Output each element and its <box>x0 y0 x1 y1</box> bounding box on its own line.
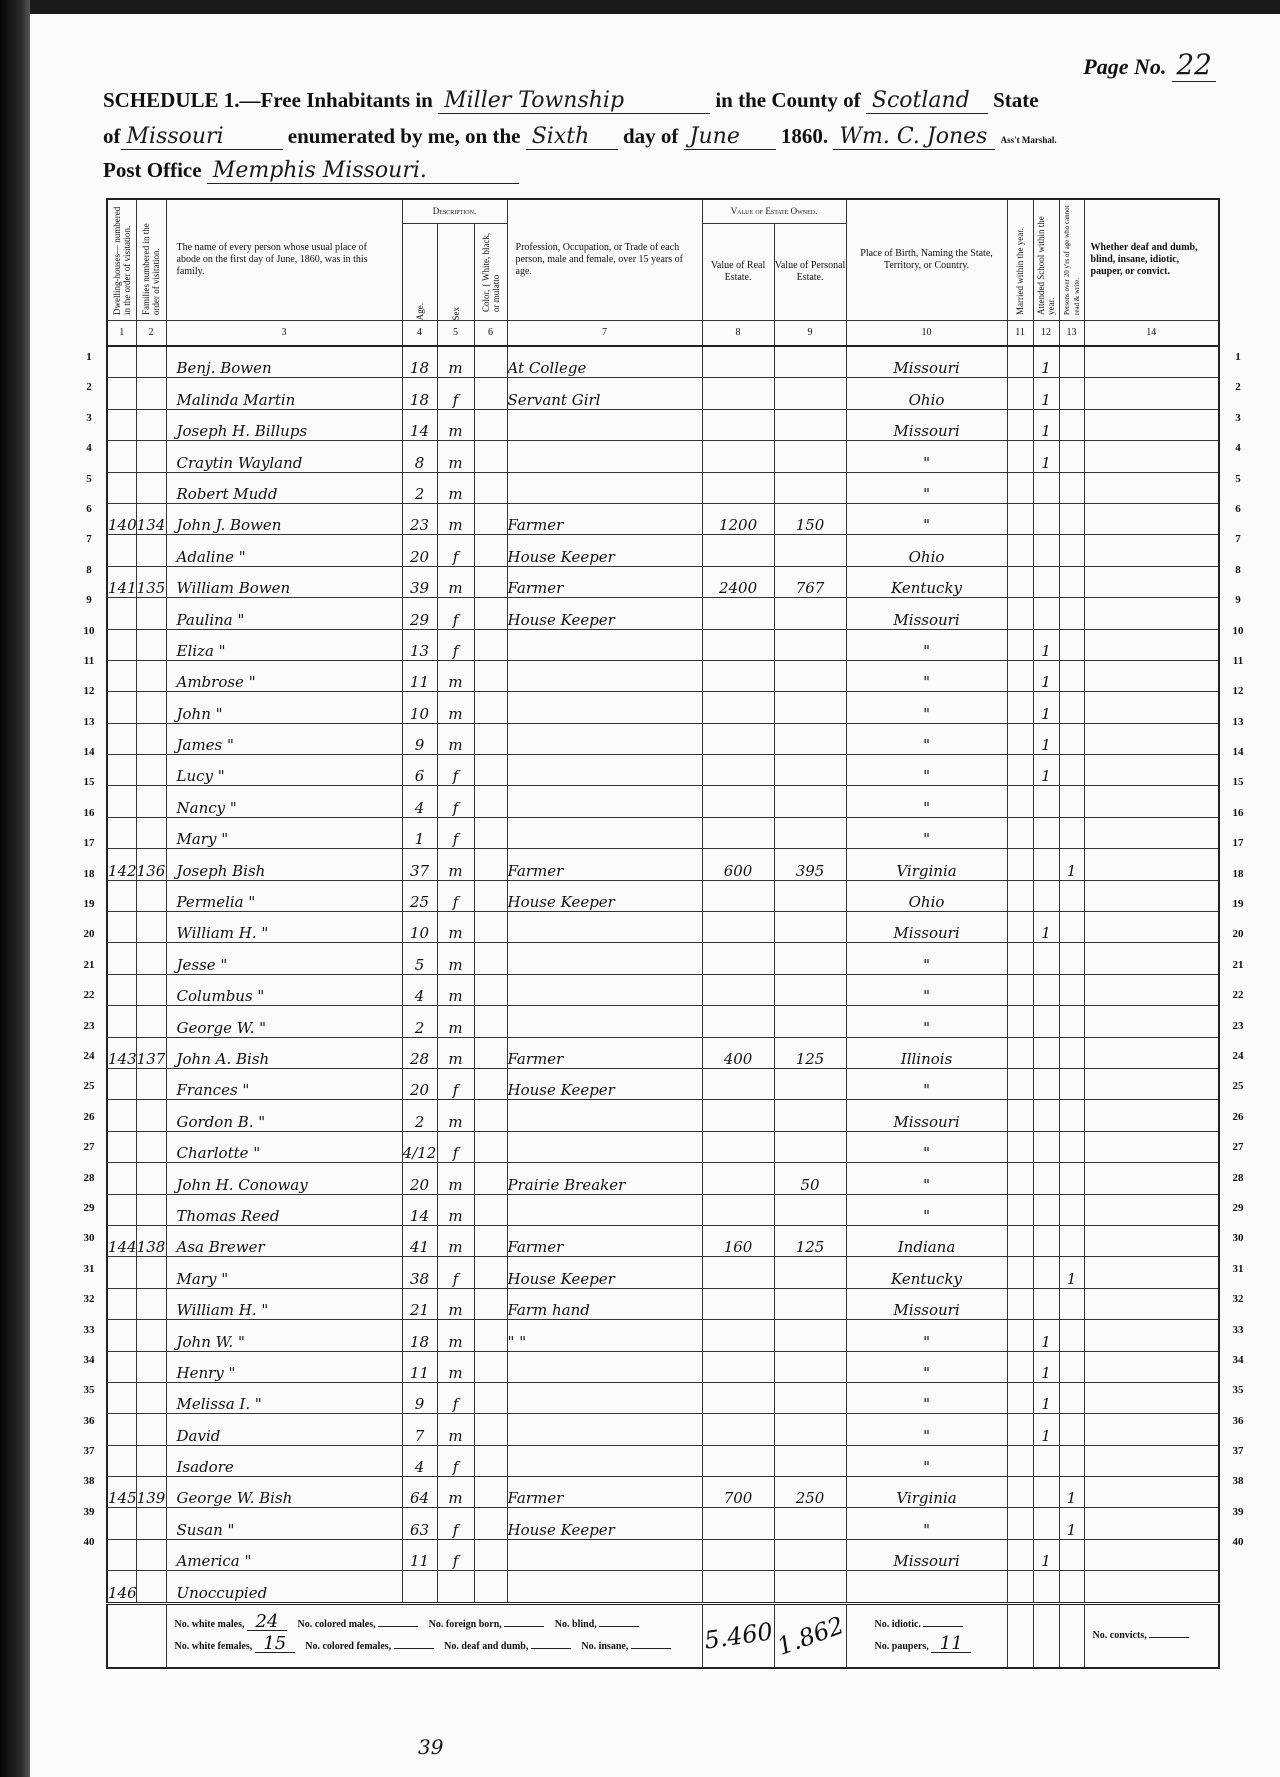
family-number-cell <box>136 1006 166 1037</box>
illiterate-mark-cell <box>1059 535 1084 566</box>
school-mark-cell: 1 <box>1033 660 1059 691</box>
personal-estate-value-cell <box>774 1539 846 1570</box>
school-mark-cell <box>1033 817 1059 848</box>
sex-cell: m <box>437 1351 474 1382</box>
person-name-cell: Jesse " <box>166 943 402 974</box>
personal-estate-value-cell <box>774 1068 846 1099</box>
line-number-left: 5 <box>74 464 104 494</box>
married-mark-cell <box>1007 472 1033 503</box>
married-mark-cell <box>1007 1225 1033 1256</box>
table-row: Malinda Martin18fServant GirlOhio1 <box>107 378 1219 409</box>
dwelling-number-cell <box>107 1257 136 1288</box>
birthplace-cell <box>846 1571 1007 1603</box>
married-mark-cell <box>1007 1508 1033 1539</box>
schedule-heading-line-1: SCHEDULE 1.—Free Inhabitants in Miller T… <box>103 88 1039 114</box>
convicts-value <box>1149 1637 1189 1638</box>
line-number-left: 38 <box>74 1466 104 1496</box>
table-row: Susan "63fHouse Keeper"1 <box>107 1508 1219 1539</box>
col-header-illiterate: Persons over 20 y'rs of age who cannot r… <box>1059 199 1084 321</box>
real-estate-value-cell <box>702 1068 774 1099</box>
illiterate-mark-cell <box>1059 1131 1084 1162</box>
family-number-cell <box>136 1257 166 1288</box>
condition-cell <box>1084 378 1219 409</box>
line-number-right: 12 <box>1223 676 1253 706</box>
dwelling-number-cell: 144 <box>107 1225 136 1256</box>
condition-cell <box>1084 943 1219 974</box>
illiterate-mark-cell <box>1059 441 1084 472</box>
age-cell: 1 <box>402 817 437 848</box>
sex-cell: f <box>437 598 474 629</box>
dwelling-number-cell: 140 <box>107 503 136 534</box>
scan-left-edge <box>0 0 30 1777</box>
white-males-label: No. white males, <box>175 1619 245 1630</box>
state-label: State <box>993 88 1039 112</box>
table-row: Eliza "13f"1 <box>107 629 1219 660</box>
line-numbers-left: 1234567891011121314151617181920212223242… <box>74 342 104 1558</box>
occupation-cell <box>507 786 702 817</box>
color-cell <box>474 1539 507 1570</box>
real-estate-value-cell: 1200 <box>702 503 774 534</box>
condition-cell <box>1084 1163 1219 1194</box>
family-number-cell <box>136 472 166 503</box>
dwelling-number-cell <box>107 346 136 378</box>
birthplace-cell: " <box>846 755 1007 786</box>
age-cell: 9 <box>402 1382 437 1413</box>
col-header-school: Attended School within the year. <box>1033 199 1059 321</box>
of-label: of <box>103 124 121 148</box>
line-number-right: 24 <box>1223 1041 1253 1071</box>
birthplace-cell: " <box>846 629 1007 660</box>
sex-cell: f <box>437 1508 474 1539</box>
birthplace-cell: Missouri <box>846 346 1007 378</box>
table-row: Jesse "5m" <box>107 943 1219 974</box>
personal-estate-value-cell: 150 <box>774 503 846 534</box>
age-cell: 64 <box>402 1477 437 1508</box>
color-cell <box>474 1131 507 1162</box>
line-number-right: 11 <box>1223 646 1253 676</box>
occupation-cell: Farmer <box>507 849 702 880</box>
school-mark-cell <box>1033 849 1059 880</box>
line-number-left: 18 <box>74 859 104 889</box>
person-name-cell: George W. Bish <box>166 1477 402 1508</box>
col-header-real-estate: Value of Real Estate. <box>702 223 774 320</box>
occupation-cell <box>507 1382 702 1413</box>
dwelling-number-cell: 143 <box>107 1037 136 1068</box>
personal-estate-value-cell <box>774 346 846 378</box>
birthplace-cell: " <box>846 817 1007 848</box>
line-number-left: 13 <box>74 707 104 737</box>
real-estate-value-cell <box>702 817 774 848</box>
person-name-cell: Unoccupied <box>166 1571 402 1603</box>
column-number: 4 <box>402 321 437 347</box>
person-name-cell: Nancy " <box>166 786 402 817</box>
birthplace-cell: " <box>846 1320 1007 1351</box>
occupation-cell <box>507 912 702 943</box>
school-mark-cell <box>1033 1477 1059 1508</box>
illiterate-mark-cell <box>1059 755 1084 786</box>
census-rows: Benj. Bowen18mAt CollegeMissouri1Malinda… <box>107 346 1219 1603</box>
marshal-label: Ass't Marshal. <box>1001 135 1057 145</box>
table-row: Benj. Bowen18mAt CollegeMissouri1 <box>107 346 1219 378</box>
occupation-cell <box>507 441 702 472</box>
family-number-cell <box>136 1163 166 1194</box>
color-cell <box>474 472 507 503</box>
paupers-label: No. paupers, <box>875 1641 929 1652</box>
dwelling-number-cell <box>107 912 136 943</box>
dwelling-number-cell <box>107 1445 136 1476</box>
family-number-cell: 136 <box>136 849 166 880</box>
line-number-left: 26 <box>74 1102 104 1132</box>
real-estate-value-cell <box>702 692 774 723</box>
condition-cell <box>1084 1351 1219 1382</box>
col-header-occupation: Profession, Occupation, or Trade of each… <box>507 199 702 321</box>
person-name-cell: William H. " <box>166 1288 402 1319</box>
married-mark-cell <box>1007 1006 1033 1037</box>
sex-cell: m <box>437 1414 474 1445</box>
personal-estate-value-cell <box>774 1131 846 1162</box>
real-estate-value-cell: 400 <box>702 1037 774 1068</box>
personal-estate-value-cell <box>774 1288 846 1319</box>
color-cell <box>474 723 507 754</box>
family-number-cell <box>136 1445 166 1476</box>
family-number-cell <box>136 1382 166 1413</box>
occupation-cell <box>507 1571 702 1603</box>
real-estate-value-cell <box>702 1445 774 1476</box>
occupation-cell <box>507 1100 702 1131</box>
color-cell <box>474 535 507 566</box>
condition-cell <box>1084 1382 1219 1413</box>
dwelling-number-cell <box>107 692 136 723</box>
school-mark-cell: 1 <box>1033 441 1059 472</box>
line-number-right: 4 <box>1223 433 1253 463</box>
age-cell: 18 <box>402 378 437 409</box>
color-cell <box>474 1257 507 1288</box>
illiterate-mark-cell <box>1059 1445 1084 1476</box>
family-number-cell <box>136 598 166 629</box>
line-number-left: 30 <box>74 1223 104 1253</box>
totals-row: No. white males, 24 No. colored males, N… <box>107 1603 1219 1668</box>
color-cell <box>474 1225 507 1256</box>
table-row: Charlotte "4/12f" <box>107 1131 1219 1162</box>
table-row: George W. "2m" <box>107 1006 1219 1037</box>
table-row: Adaline "20fHouse KeeperOhio <box>107 535 1219 566</box>
school-mark-cell: 1 <box>1033 1382 1059 1413</box>
family-number-cell: 138 <box>136 1225 166 1256</box>
color-cell <box>474 943 507 974</box>
line-number-left: 36 <box>74 1406 104 1436</box>
married-mark-cell <box>1007 817 1033 848</box>
personal-estate-value-cell <box>774 441 846 472</box>
married-mark-cell <box>1007 912 1033 943</box>
illiterate-mark-cell <box>1059 1163 1084 1194</box>
age-cell: 18 <box>402 1320 437 1351</box>
dwelling-number-cell <box>107 472 136 503</box>
age-cell <box>402 1571 437 1603</box>
line-number-right: 23 <box>1223 1011 1253 1041</box>
personal-estate-value-cell <box>774 1508 846 1539</box>
birthplace-cell: " <box>846 1414 1007 1445</box>
col-header-description: Description. <box>402 199 507 223</box>
person-name-cell: Frances " <box>166 1068 402 1099</box>
family-number-cell <box>136 912 166 943</box>
color-cell <box>474 1445 507 1476</box>
school-mark-cell <box>1033 974 1059 1005</box>
married-mark-cell <box>1007 786 1033 817</box>
person-name-cell: Craytin Wayland <box>166 441 402 472</box>
birthplace-cell: " <box>846 660 1007 691</box>
illiterate-mark-cell <box>1059 660 1084 691</box>
school-mark-cell: 1 <box>1033 1539 1059 1570</box>
condition-cell <box>1084 1225 1219 1256</box>
line-number-right: 35 <box>1223 1375 1253 1405</box>
line-number-left: 3 <box>74 403 104 433</box>
dwelling-number-cell <box>107 1508 136 1539</box>
family-number-cell <box>136 660 166 691</box>
real-estate-value-cell <box>702 723 774 754</box>
person-name-cell: Malinda Martin <box>166 378 402 409</box>
table-row: John H. Conoway20mPrairie Breaker50" <box>107 1163 1219 1194</box>
post-office-label: Post Office <box>103 158 202 182</box>
condition-cell <box>1084 535 1219 566</box>
line-number-right: 32 <box>1223 1284 1253 1314</box>
real-estate-value-cell <box>702 1257 774 1288</box>
dwelling-number-cell <box>107 1539 136 1570</box>
real-estate-value-cell <box>702 1100 774 1131</box>
real-estate-value-cell <box>702 409 774 440</box>
birthplace-cell: Missouri <box>846 598 1007 629</box>
real-estate-value-cell <box>702 629 774 660</box>
dwelling-number-cell <box>107 817 136 848</box>
sex-cell: m <box>437 1320 474 1351</box>
personal-estate-value-cell <box>774 1257 846 1288</box>
illiterate-mark-cell <box>1059 1414 1084 1445</box>
school-mark-cell <box>1033 943 1059 974</box>
school-mark-cell: 1 <box>1033 692 1059 723</box>
line-number-right: 30 <box>1223 1223 1253 1253</box>
illiterate-mark-cell <box>1059 378 1084 409</box>
family-number-cell <box>136 1131 166 1162</box>
person-name-cell: James " <box>166 723 402 754</box>
married-mark-cell <box>1007 598 1033 629</box>
year-label: 1860. <box>781 124 828 148</box>
age-cell: 39 <box>402 566 437 597</box>
occupation-cell <box>507 817 702 848</box>
column-number: 9 <box>774 321 846 347</box>
family-number-cell <box>136 817 166 848</box>
line-number-right: 39 <box>1223 1497 1253 1527</box>
totals-counts: No. white males, 24 No. colored males, N… <box>166 1603 702 1668</box>
personal-estate-value-cell <box>774 1006 846 1037</box>
table-row: Craytin Wayland8m"1 <box>107 441 1219 472</box>
sex-cell: m <box>437 409 474 440</box>
married-mark-cell <box>1007 1257 1033 1288</box>
age-cell: 13 <box>402 629 437 660</box>
line-number-left: 16 <box>74 798 104 828</box>
color-cell <box>474 692 507 723</box>
line-number-right: 13 <box>1223 707 1253 737</box>
line-number-right: 9 <box>1223 585 1253 615</box>
dwelling-number-cell <box>107 1194 136 1225</box>
illiterate-mark-cell <box>1059 943 1084 974</box>
family-number-cell <box>136 692 166 723</box>
column-number: 2 <box>136 321 166 347</box>
person-name-cell: John A. Bish <box>166 1037 402 1068</box>
age-cell: 10 <box>402 912 437 943</box>
person-name-cell: Mary " <box>166 1257 402 1288</box>
sex-cell: m <box>437 346 474 378</box>
birthplace-cell: " <box>846 1351 1007 1382</box>
married-mark-cell <box>1007 441 1033 472</box>
line-number-right: 22 <box>1223 980 1253 1010</box>
real-estate-value-cell <box>702 1163 774 1194</box>
married-mark-cell <box>1007 409 1033 440</box>
birthplace-cell: " <box>846 1382 1007 1413</box>
sex-cell: f <box>437 880 474 911</box>
school-mark-cell <box>1033 1131 1059 1162</box>
line-number-left: 31 <box>74 1254 104 1284</box>
birthplace-cell: Missouri <box>846 1539 1007 1570</box>
col-header-name: The name of every person whose usual pla… <box>166 199 402 321</box>
real-estate-value-cell <box>702 1194 774 1225</box>
real-estate-value-cell <box>702 535 774 566</box>
married-mark-cell <box>1007 755 1033 786</box>
real-estate-value-cell: 600 <box>702 849 774 880</box>
condition-cell <box>1084 974 1219 1005</box>
line-number-right: 25 <box>1223 1071 1253 1101</box>
sex-cell: f <box>437 786 474 817</box>
family-number-cell <box>136 441 166 472</box>
line-number-left: 24 <box>74 1041 104 1071</box>
age-cell: 4 <box>402 974 437 1005</box>
occupation-cell <box>507 1131 702 1162</box>
color-cell <box>474 1068 507 1099</box>
occupation-cell: House Keeper <box>507 598 702 629</box>
line-number-right: 16 <box>1223 798 1253 828</box>
family-number-cell <box>136 535 166 566</box>
county-label: in the County of <box>715 88 860 112</box>
sex-cell: f <box>437 755 474 786</box>
idiotic-paupers-cell: No. idiotic. No. paupers, 11 <box>846 1603 1007 1668</box>
colored-females-label: No. colored females, <box>305 1641 391 1652</box>
occupation-cell <box>507 1351 702 1382</box>
occupation-cell <box>507 660 702 691</box>
birthplace-cell: Kentucky <box>846 1257 1007 1288</box>
age-cell: 7 <box>402 1414 437 1445</box>
illiterate-mark-cell: 1 <box>1059 1257 1084 1288</box>
married-mark-cell <box>1007 1414 1033 1445</box>
person-name-cell: Gordon B. " <box>166 1100 402 1131</box>
real-estate-value-cell <box>702 912 774 943</box>
color-cell <box>474 880 507 911</box>
paupers-value: 11 <box>931 1636 971 1653</box>
condition-cell <box>1084 1508 1219 1539</box>
personal-estate-value-cell <box>774 817 846 848</box>
married-mark-cell <box>1007 503 1033 534</box>
age-cell: 25 <box>402 880 437 911</box>
age-cell: 6 <box>402 755 437 786</box>
condition-cell <box>1084 1194 1219 1225</box>
color-cell <box>474 1288 507 1319</box>
dwelling-number-cell <box>107 378 136 409</box>
table-row: 141135William Bowen39mFarmer2400767Kentu… <box>107 566 1219 597</box>
illiterate-mark-cell <box>1059 1194 1084 1225</box>
person-name-cell: Henry " <box>166 1351 402 1382</box>
occupation-cell <box>507 1539 702 1570</box>
color-cell <box>474 912 507 943</box>
illiterate-mark-cell <box>1059 974 1084 1005</box>
condition-cell <box>1084 1477 1219 1508</box>
colored-females-value <box>394 1648 434 1649</box>
personal-estate-value-cell <box>774 1571 846 1603</box>
condition-cell <box>1084 1257 1219 1288</box>
married-mark-cell <box>1007 1163 1033 1194</box>
person-name-cell: Permelia " <box>166 880 402 911</box>
person-name-cell: George W. " <box>166 1006 402 1037</box>
person-name-cell: America " <box>166 1539 402 1570</box>
county-field: Scotland <box>866 88 988 114</box>
real-estate-value-cell <box>702 1006 774 1037</box>
personal-estate-value-cell <box>774 1382 846 1413</box>
line-number-left: 37 <box>74 1436 104 1466</box>
age-cell: 4 <box>402 786 437 817</box>
illiterate-mark-cell <box>1059 346 1084 378</box>
personal-estate-value-cell <box>774 629 846 660</box>
personal-estate-value-cell <box>774 378 846 409</box>
birthplace-cell: " <box>846 503 1007 534</box>
age-cell: 5 <box>402 943 437 974</box>
personal-estate-value-cell <box>774 1351 846 1382</box>
table-row: 145139George W. Bish64mFarmer700250Virgi… <box>107 1477 1219 1508</box>
real-estate-value-cell: 160 <box>702 1225 774 1256</box>
birthplace-cell: Illinois <box>846 1037 1007 1068</box>
dwelling-number-cell <box>107 723 136 754</box>
table-row: 146Unoccupied <box>107 1571 1219 1603</box>
table-row: Robert Mudd2m" <box>107 472 1219 503</box>
school-mark-cell: 1 <box>1033 1414 1059 1445</box>
illiterate-mark-cell <box>1059 1539 1084 1570</box>
color-cell <box>474 1006 507 1037</box>
foreign-born-value <box>504 1626 544 1627</box>
sex-cell: f <box>437 378 474 409</box>
age-cell: 2 <box>402 472 437 503</box>
column-number: 10 <box>846 321 1007 347</box>
line-number-left: 15 <box>74 767 104 797</box>
schedule-heading-line-3: Post Office Memphis Missouri. <box>103 158 519 184</box>
personal-estate-value-cell <box>774 598 846 629</box>
birthplace-cell: Missouri <box>846 1288 1007 1319</box>
birthplace-cell: " <box>846 1068 1007 1099</box>
age-cell: 8 <box>402 441 437 472</box>
personal-estate-value-cell: 125 <box>774 1037 846 1068</box>
occupation-cell: House Keeper <box>507 1257 702 1288</box>
sex-cell: f <box>437 1068 474 1099</box>
real-estate-value-cell <box>702 1414 774 1445</box>
occupation-cell: Servant Girl <box>507 378 702 409</box>
sex-cell: f <box>437 1445 474 1476</box>
age-cell: 20 <box>402 535 437 566</box>
column-number: 5 <box>437 321 474 347</box>
insane-value <box>631 1648 671 1649</box>
personal-estate-value-cell <box>774 1320 846 1351</box>
schedule-heading-line-2: ofMissouri enumerated by me, on the Sixt… <box>103 124 1057 150</box>
color-cell <box>474 378 507 409</box>
married-mark-cell <box>1007 880 1033 911</box>
illiterate-mark-cell <box>1059 503 1084 534</box>
dwelling-number-cell <box>107 1351 136 1382</box>
sex-cell: m <box>437 1006 474 1037</box>
birthplace-cell: " <box>846 1131 1007 1162</box>
occupation-cell <box>507 974 702 1005</box>
